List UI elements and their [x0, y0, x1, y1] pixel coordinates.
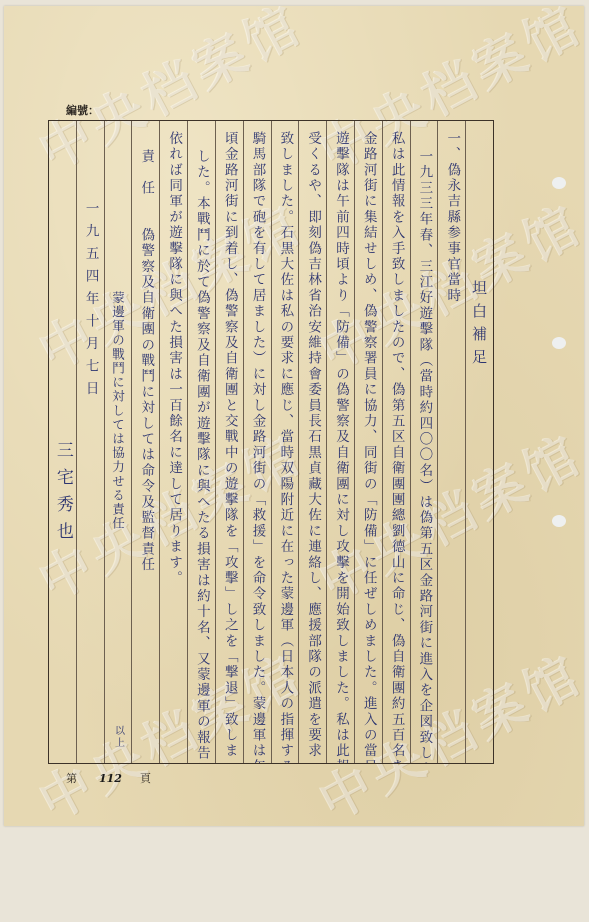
column-4: 私は此情報を入手致しましたので、偽第五区自衛團團總劉德山に命じ、偽自衛團約五百名… — [382, 121, 410, 763]
column-14: 蒙邊軍の戰鬥に対しては協力せる責任 以上 — [104, 121, 132, 763]
column-10: 頃金路河街に到着し、偽警察及自衛團と交戰中の遊擊隊を「攻擊」し之を「撃退」致しま — [215, 121, 243, 763]
column-13: 責 任 偽警察及自衛團の戰鬥に対しては命令及監督責任 — [131, 121, 159, 763]
column-9: 騎馬部隊で砲を有して居ました）に対し金路河街の「救援」を命令致しました。蒙邊軍は… — [243, 121, 271, 763]
page-suffix: 頁 — [140, 772, 151, 785]
column-3: 一九三三年春、三江好遊擊隊（當時約四〇〇名）は偽第五区金路河街に進入を企図致しま… — [410, 121, 438, 763]
column-2: 一、偽永吉縣参事官當時 — [437, 121, 465, 763]
page-footer: 第112頁 — [66, 770, 151, 786]
column-12: 依れば同軍が遊擊隊に與へた損害は一百餘名に達して居ります。 — [159, 121, 187, 763]
column-14-text: 蒙邊軍の戰鬥に対しては協力せる責任 — [110, 291, 125, 531]
manuscript-grid: 一、偽永吉縣参事官當時 一九三三年春、三江好遊擊隊（當時約四〇〇名）は偽第五区金… — [48, 120, 494, 764]
page-prefix: 第 — [66, 772, 77, 785]
closing-mark: 以上 — [105, 725, 132, 749]
binding-hole — [552, 177, 566, 189]
binding-hole — [552, 337, 566, 349]
column-6: 遊擊隊は午前四時頃より「防備」の偽警察及自衛團に対し攻擊を開始致しました。私は此… — [326, 121, 354, 763]
date-column: 一九五四年十月七日 — [76, 121, 104, 763]
column-7: 受くるや、即刻偽吉林省治安維持會委員長石黒貞藏大佐に連絡し、應援部隊の派遣を要求 — [298, 121, 326, 763]
signature-column: 三宅秀也 於撫順 — [49, 121, 76, 763]
binding-hole — [552, 515, 566, 527]
column-5: 金路河街に集結せしめ、偽警察署員に協力、同街の「防備」に任ぜしめました。進入の當… — [354, 121, 382, 763]
heading: 坦白補足 — [464, 120, 492, 826]
column-11: した。本戰鬥に於て偽警察及自衛團が遊擊隊に與へたる損害は約十名、又蒙邊軍の報告に — [187, 121, 215, 763]
signature: 三宅秀也 — [53, 441, 73, 549]
column-8: 致しました。石黒大佐は私の要求に應じ、當時双陽附近に在った蒙邊軍（日本人の指揮す… — [271, 121, 299, 763]
page-number: 112 — [99, 772, 122, 785]
code-label: 編號： — [66, 102, 99, 118]
